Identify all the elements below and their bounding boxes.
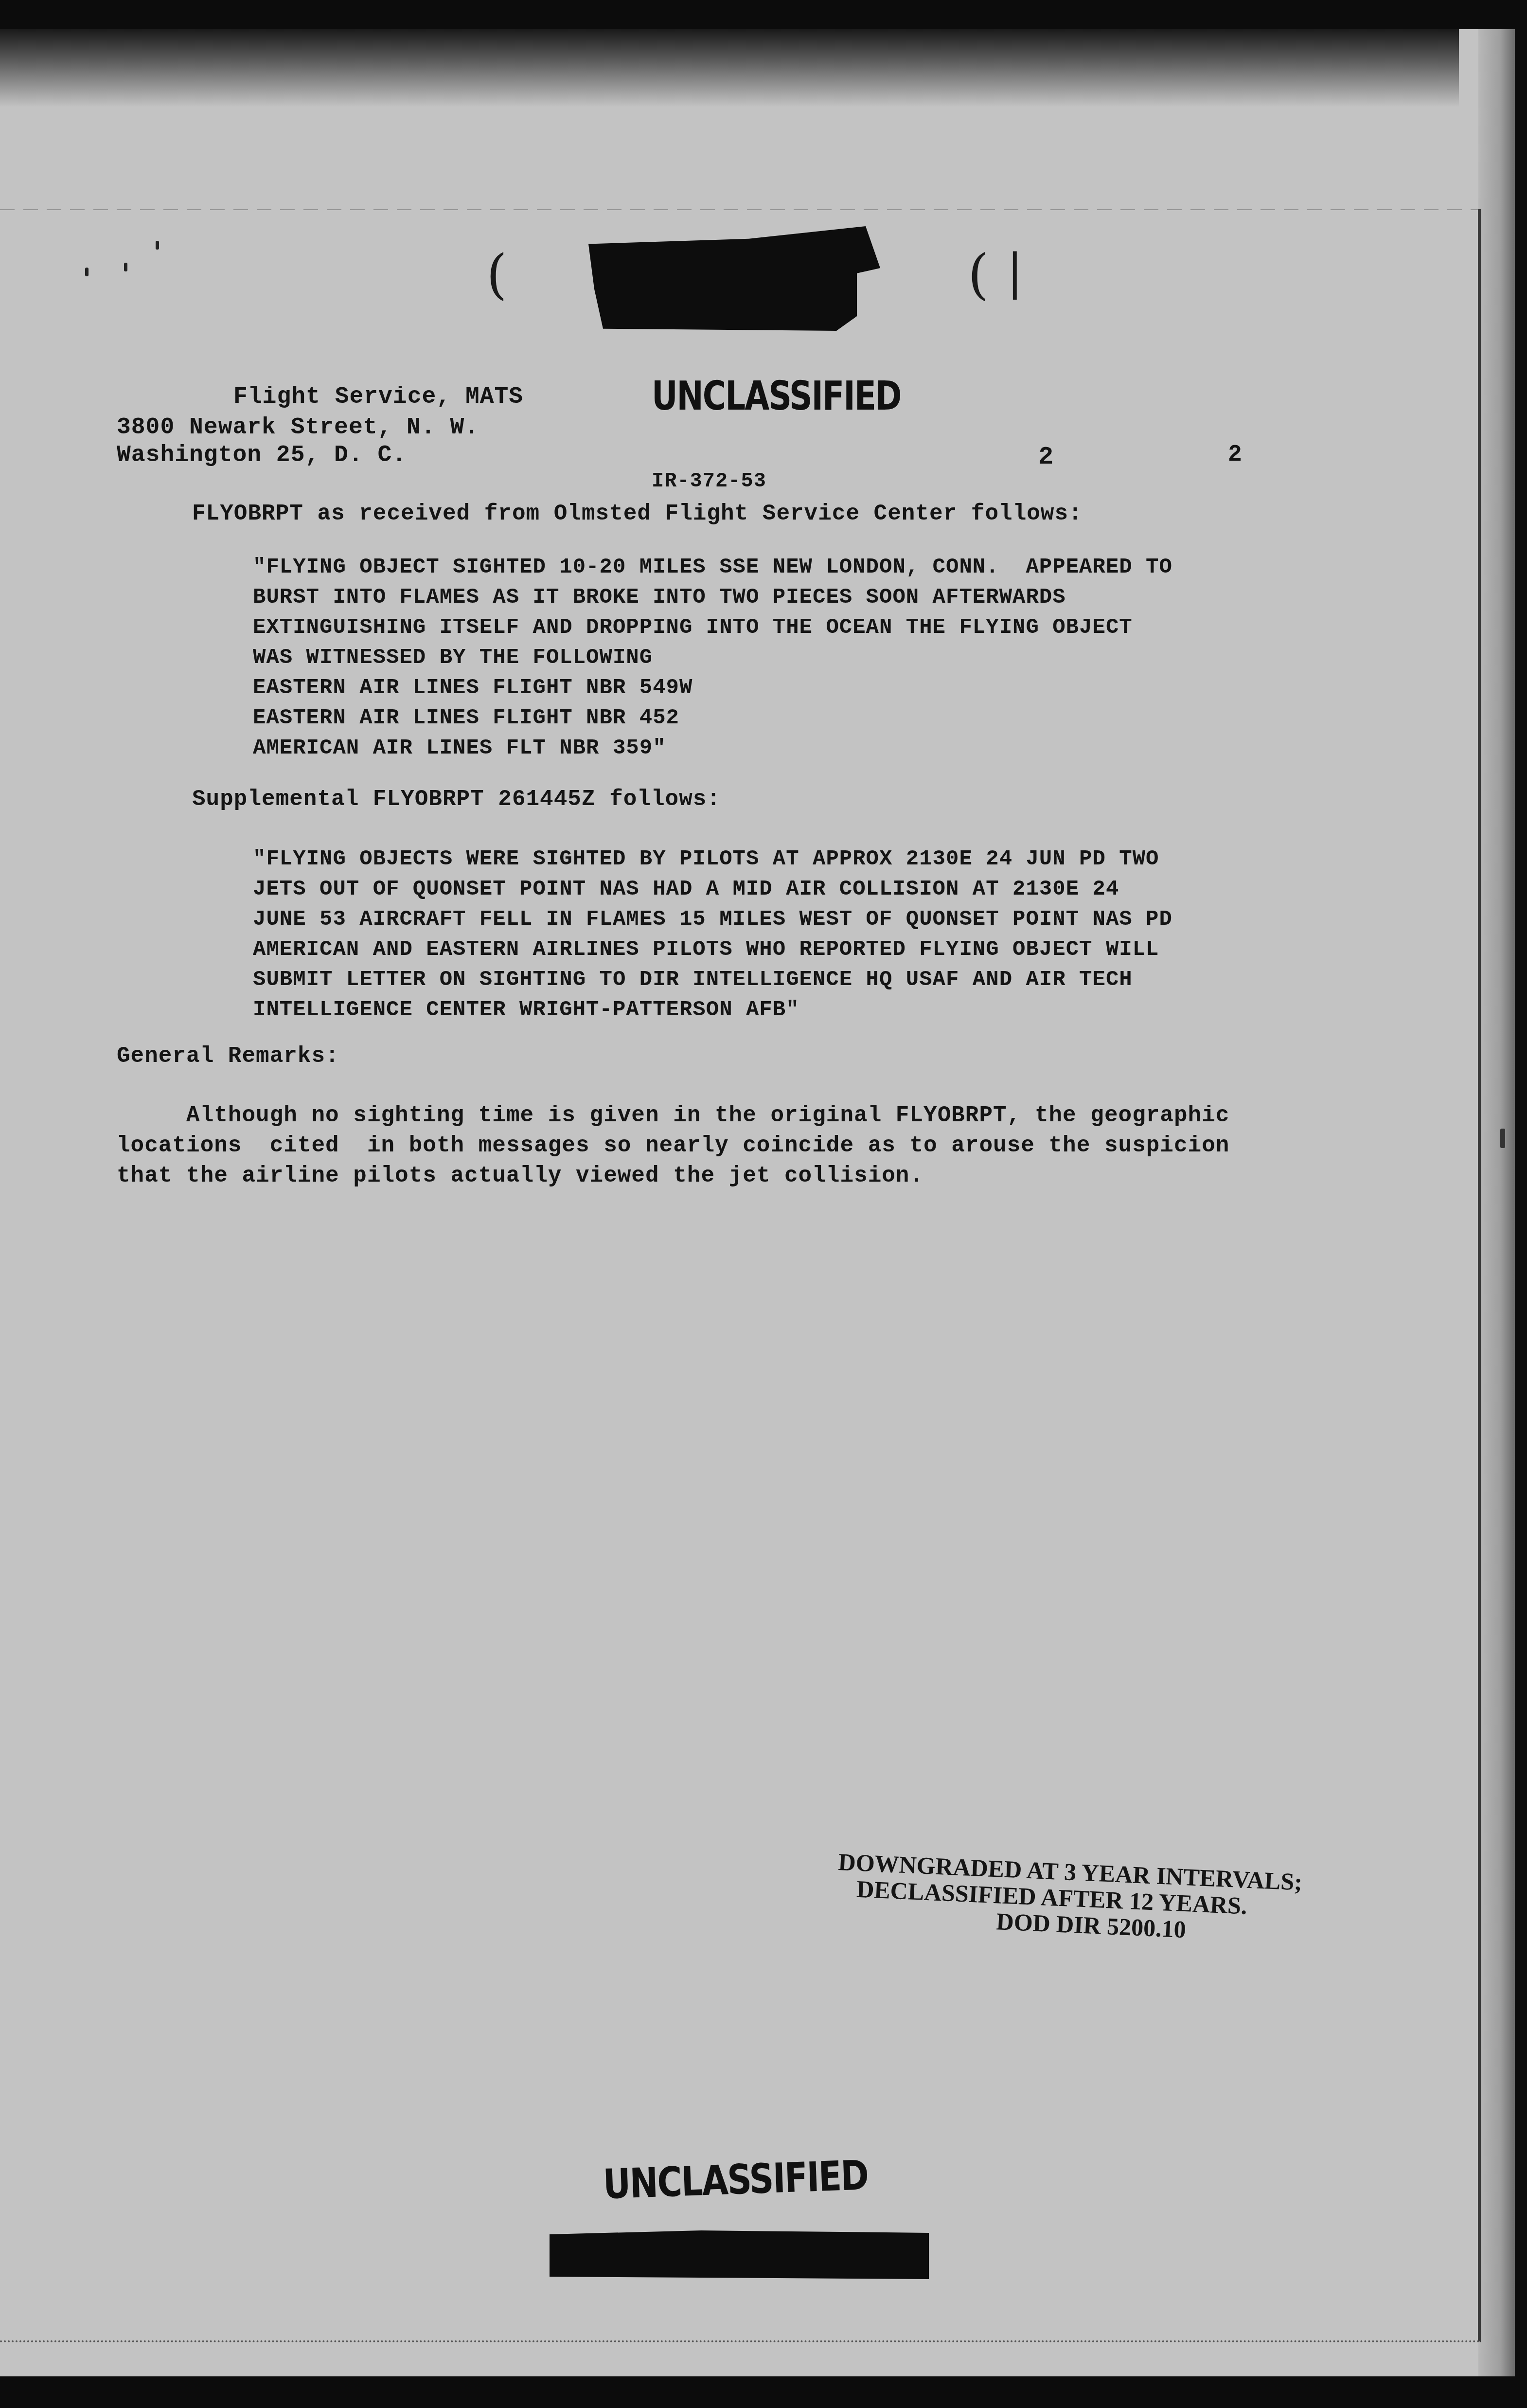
scan-speck [85, 268, 89, 276]
report-line: EASTERN AIR LINES FLIGHT NBR 549W [253, 673, 1172, 703]
supplemental-heading: Supplemental FLYOBRPT 261445Z follows: [192, 784, 721, 814]
scan-speck [1500, 1129, 1505, 1148]
punch-hole-right-icon: ( [968, 243, 989, 305]
report-line: AMERICAN AND EASTERN AIRLINES PILOTS WHO… [253, 934, 1172, 965]
page-number-right: 2 [1228, 442, 1243, 468]
report-line: INTELLIGENCE CENTER WRIGHT-PATTERSON AFB… [253, 995, 1172, 1025]
general-remarks-heading: General Remarks: [117, 1041, 339, 1071]
report-line: BURST INTO FLAMES AS IT BROKE INTO TWO P… [253, 582, 1172, 612]
from-line-1: Flight Service, MATS [233, 382, 523, 412]
remarks-line: locations cited in both messages so near… [117, 1131, 1229, 1161]
report-line: "FLYING OBJECTS WERE SIGHTED BY PILOTS A… [253, 844, 1172, 874]
punch-hole-right-mark-icon: | [1007, 243, 1023, 300]
page-frame [0, 209, 1481, 2342]
report-line: EXTINGUISHING ITSELF AND DROPPING INTO T… [253, 612, 1172, 643]
intro-line: FLYOBRPT as received from Olmsted Flight… [192, 499, 1083, 529]
report-line: EASTERN AIR LINES FLIGHT NBR 452 [253, 703, 1172, 733]
classification-stamp-bottom: UNCLASSIFIED [602, 2151, 869, 2208]
punch-hole-left-icon: ( [486, 243, 507, 305]
report-line: WAS WITNESSED BY THE FOLLOWING [253, 643, 1172, 673]
report-line: "FLYING OBJECT SIGHTED 10-20 MILES SSE N… [253, 552, 1172, 582]
report-line: AMERICAN AIR LINES FLT NBR 359" [253, 733, 1172, 763]
fold-line [0, 209, 1478, 210]
remarks-line: that the airline pilots actually viewed … [117, 1161, 1229, 1191]
page-edge-strip [1478, 29, 1515, 2376]
page-number-left: 2 [1038, 443, 1054, 471]
scan-speck [124, 263, 127, 271]
scan-speck [156, 241, 159, 250]
report-line: JETS OUT OF QUONSET POINT NAS HAD A MID … [253, 874, 1172, 904]
from-line-3: Washington 25, D. C. [117, 440, 407, 470]
classification-stamp-top: UNCLASSIFIED [652, 372, 901, 419]
first-report-block: "FLYING OBJECT SIGHTED 10-20 MILES SSE N… [253, 552, 1172, 763]
report-line: SUBMIT LETTER ON SIGHTING TO DIR INTELLI… [253, 965, 1172, 995]
report-line: JUNE 53 AIRCRAFT FELL IN FLAMES 15 MILES… [253, 904, 1172, 934]
redaction-block-bottom [550, 2230, 929, 2279]
report-number: IR-372-53 [652, 466, 766, 496]
scan-top-shadow [0, 29, 1459, 107]
general-remarks-block: Although no sighting time is given in th… [117, 1100, 1229, 1191]
from-line-2: 3800 Newark Street, N. W. [117, 413, 479, 443]
remarks-line: Although no sighting time is given in th… [117, 1100, 1229, 1131]
supplemental-report-block: "FLYING OBJECTS WERE SIGHTED BY PILOTS A… [253, 844, 1172, 1025]
